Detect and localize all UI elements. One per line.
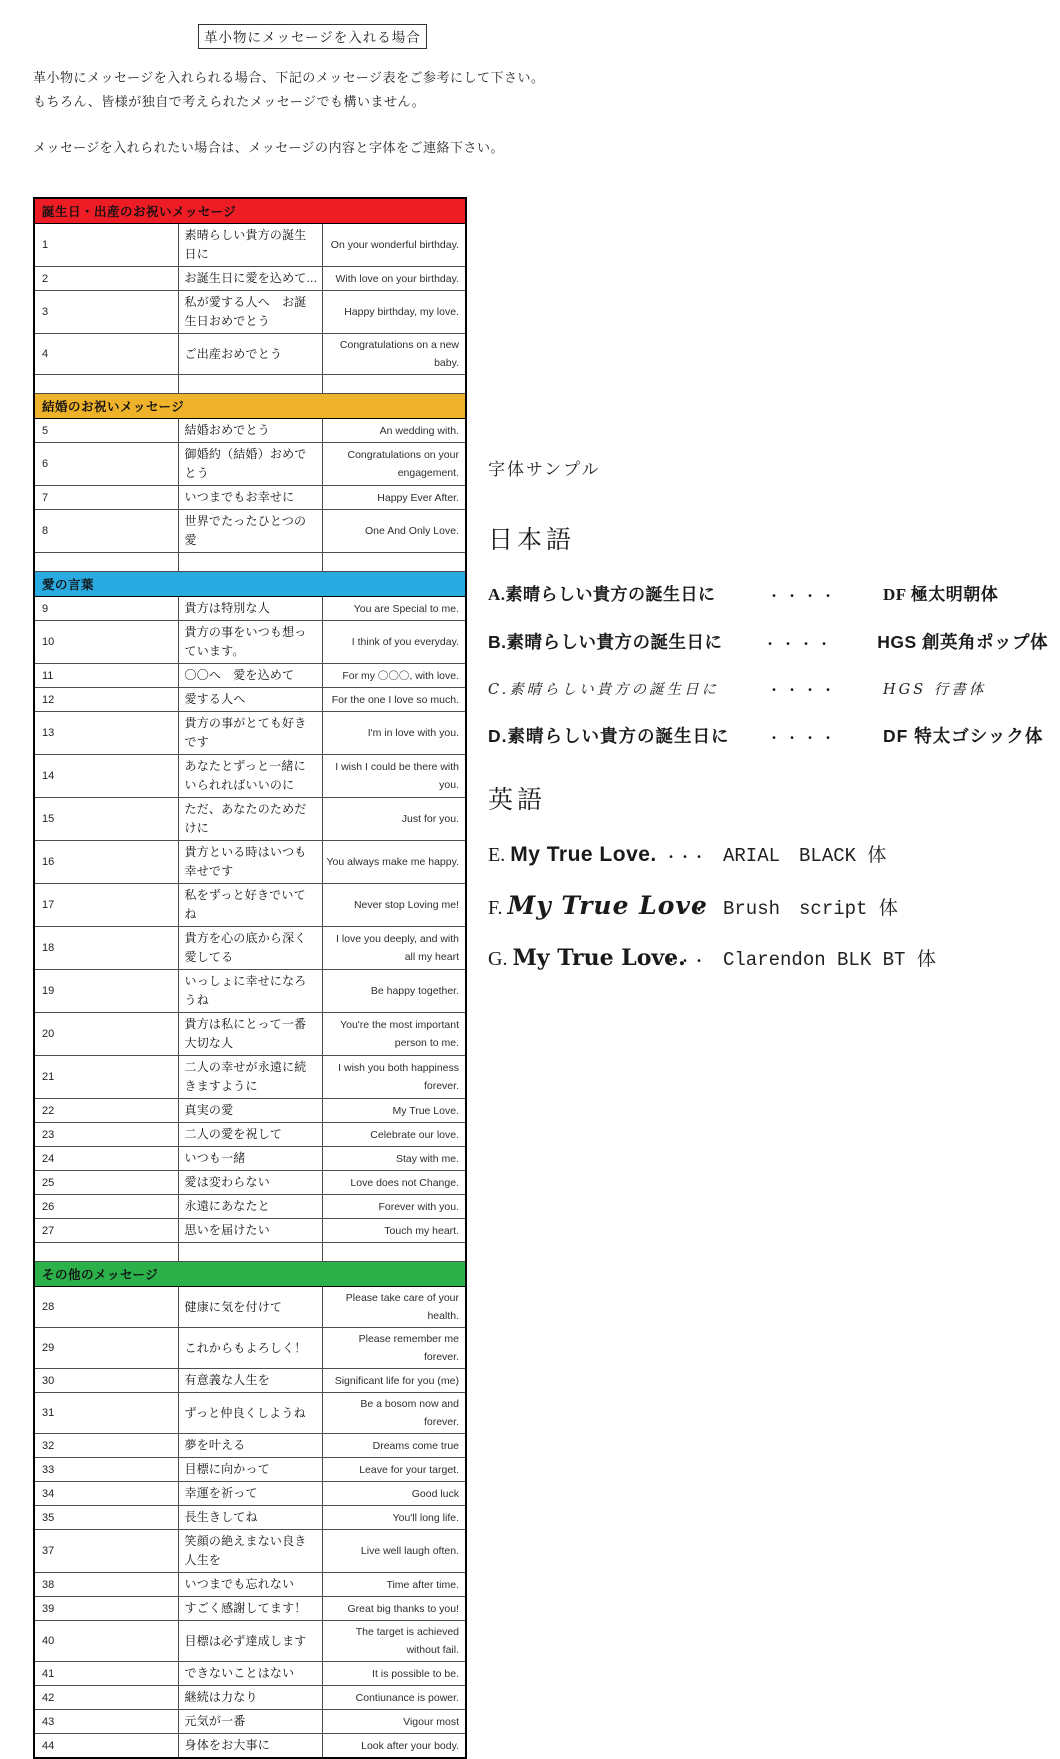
dots-separator: ・・・ bbox=[665, 901, 723, 918]
empty-cell bbox=[322, 553, 466, 572]
message-english: Forever with you. bbox=[322, 1195, 466, 1219]
message-japanese: 〇〇へ 愛を込めて bbox=[178, 664, 322, 688]
section-header-1: 誕生日・出産のお祝いメッセージ bbox=[34, 198, 466, 224]
message-japanese: 貴方の事をいつも想っています。 bbox=[178, 621, 322, 664]
empty-cell bbox=[34, 1243, 178, 1262]
message-japanese: 愛は変わらない bbox=[178, 1171, 322, 1195]
row-number: 15 bbox=[34, 798, 178, 841]
message-japanese: 愛する人へ bbox=[178, 688, 322, 712]
empty-row bbox=[34, 1243, 466, 1262]
message-japanese: 貴方といる時はいつも幸せです bbox=[178, 841, 322, 884]
message-japanese: 素晴らしい貴方の誕生日に bbox=[178, 224, 322, 267]
row-number: 21 bbox=[34, 1056, 178, 1099]
message-japanese: 御婚約（結婚）おめでとう bbox=[178, 443, 322, 486]
message-japanese: 有意義な人生を bbox=[178, 1369, 322, 1393]
table-row: 39すごく感謝してます！Great big thanks to you! bbox=[34, 1597, 466, 1621]
section-header-row: 愛の言葉 bbox=[34, 572, 466, 597]
row-number: 34 bbox=[34, 1482, 178, 1506]
row-number: 11 bbox=[34, 664, 178, 688]
table-row: 24いつも一緒Stay with me. bbox=[34, 1147, 466, 1171]
message-japanese: 私をずっと好きでいてね bbox=[178, 884, 322, 927]
message-english: Be happy together. bbox=[322, 970, 466, 1013]
table-row: 42継続は力なりContiunance is power. bbox=[34, 1686, 466, 1710]
message-japanese: すごく感謝してます！ bbox=[178, 1597, 322, 1621]
message-japanese: 私が愛する人へ お誕生日おめでとう bbox=[178, 291, 322, 334]
message-english: I think of you everyday. bbox=[322, 621, 466, 664]
font-sample-text: E. My True Love. bbox=[488, 843, 653, 867]
font-sample-text: F. My True Love bbox=[488, 891, 653, 920]
row-number: 38 bbox=[34, 1573, 178, 1597]
message-japanese: 永遠にあなたと bbox=[178, 1195, 322, 1219]
row-number: 16 bbox=[34, 841, 178, 884]
message-english: Please remember me forever. bbox=[322, 1328, 466, 1369]
message-english: You are Special to me. bbox=[322, 597, 466, 621]
message-english: Dreams come true bbox=[322, 1434, 466, 1458]
message-japanese: 目標に向かって bbox=[178, 1458, 322, 1482]
row-number: 12 bbox=[34, 688, 178, 712]
table-row: 29これからもよろしく！Please remember me forever. bbox=[34, 1328, 466, 1369]
row-number: 41 bbox=[34, 1662, 178, 1686]
dots-separator: ・・・・ bbox=[768, 729, 883, 746]
sample-phrase: My True Love. bbox=[510, 843, 657, 866]
dots-separator: ・・・・ bbox=[768, 681, 883, 698]
font-sample-row: B.素晴らしい貴方の誕生日に・・・・HGS 創英角ポップ体 bbox=[488, 629, 1048, 654]
message-english: Be a bosom now and forever. bbox=[322, 1393, 466, 1434]
table-row: 18貴方を心の底から深く愛してるI love you deeply, and w… bbox=[34, 927, 466, 970]
font-name-label: ARIAL BLACK 体 bbox=[723, 840, 886, 867]
font-sample-row: A.素晴らしい貴方の誕生日に・・・・DF 極太明朝体 bbox=[488, 580, 1048, 605]
row-number: 32 bbox=[34, 1434, 178, 1458]
message-english: I'm in love with you. bbox=[322, 712, 466, 755]
table-row: 37笑顔の絶えまない良き人生をLive well laugh often. bbox=[34, 1530, 466, 1573]
message-english: Celebrate our love. bbox=[322, 1123, 466, 1147]
message-japanese: いつも一緒 bbox=[178, 1147, 322, 1171]
message-english: With love on your birthday. bbox=[322, 267, 466, 291]
empty-cell bbox=[34, 375, 178, 394]
row-number: 10 bbox=[34, 621, 178, 664]
message-japanese: 世界でたったひとつの愛 bbox=[178, 510, 322, 553]
message-japanese: 健康に気を付けて bbox=[178, 1287, 322, 1328]
message-english: An wedding with. bbox=[322, 419, 466, 443]
message-english: You're the most important person to me. bbox=[322, 1013, 466, 1056]
intro-line-3: メッセージを入れられたい場合は、メッセージの内容と字体をご連絡下さい。 bbox=[33, 136, 544, 160]
table-row: 23二人の愛を祝してCelebrate our love. bbox=[34, 1123, 466, 1147]
row-number: 29 bbox=[34, 1328, 178, 1369]
row-number: 17 bbox=[34, 884, 178, 927]
font-sample-row: G. My True Love.・・・Clarendon BLK BT 体 bbox=[488, 944, 1048, 971]
table-row: 22真実の愛My True Love. bbox=[34, 1099, 466, 1123]
table-row: 25愛は変わらないLove does not Change. bbox=[34, 1171, 466, 1195]
font-name-label: DF 特太ゴシック体 bbox=[883, 723, 1043, 748]
font-sample-row: C.素晴らしい貴方の誕生日に・・・・HGS 行書体 bbox=[488, 678, 1048, 699]
message-japanese: 夢を叶える bbox=[178, 1434, 322, 1458]
sample-prefix: E. bbox=[488, 844, 510, 866]
table-row: 11〇〇へ 愛を込めてFor my 〇〇〇, with love. bbox=[34, 664, 466, 688]
japanese-heading: 日本語 bbox=[488, 520, 1048, 556]
message-english: Good luck bbox=[322, 1482, 466, 1506]
intro-line-1: 革小物にメッセージを入れられる場合、下記のメッセージ表をご参考にして下さい。 bbox=[33, 66, 544, 90]
table-row: 13貴方の事がとても好きですI'm in love with you. bbox=[34, 712, 466, 755]
section-header-2: 結婚のお祝いメッセージ bbox=[34, 394, 466, 419]
message-japanese: いつまでも忘れない bbox=[178, 1573, 322, 1597]
message-japanese: 思いを届けたい bbox=[178, 1219, 322, 1243]
table-row: 33目標に向かってLeave for your target. bbox=[34, 1458, 466, 1482]
table-row: 2お誕生日に愛を込めて...With love on your birthday… bbox=[34, 267, 466, 291]
font-sample-row: E. My True Love.・・・ARIAL BLACK 体 bbox=[488, 840, 1048, 867]
message-english: Never stop Loving me! bbox=[322, 884, 466, 927]
row-number: 30 bbox=[34, 1369, 178, 1393]
message-table: 誕生日・出産のお祝いメッセージ1素晴らしい貴方の誕生日にOn your wond… bbox=[33, 197, 467, 1759]
section-header-row: その他のメッセージ bbox=[34, 1262, 466, 1287]
page-title: 革小物にメッセージを入れる場合 bbox=[198, 24, 427, 49]
row-number: 27 bbox=[34, 1219, 178, 1243]
table-row: 19いっしょに幸せになろうねBe happy together. bbox=[34, 970, 466, 1013]
row-number: 9 bbox=[34, 597, 178, 621]
message-japanese: できないことはない bbox=[178, 1662, 322, 1686]
table-row: 32夢を叶えるDreams come true bbox=[34, 1434, 466, 1458]
row-number: 35 bbox=[34, 1506, 178, 1530]
message-japanese: 貴方を心の底から深く愛してる bbox=[178, 927, 322, 970]
font-sample-row: F. My True Love・・・Brush script 体 bbox=[488, 891, 1048, 920]
row-number: 28 bbox=[34, 1287, 178, 1328]
table-row: 27思いを届けたいTouch my heart. bbox=[34, 1219, 466, 1243]
message-english: On your wonderful birthday. bbox=[322, 224, 466, 267]
empty-row bbox=[34, 375, 466, 394]
sample-phrase: My True Love. bbox=[512, 945, 685, 971]
row-number: 25 bbox=[34, 1171, 178, 1195]
row-number: 8 bbox=[34, 510, 178, 553]
message-japanese: 元気が一番 bbox=[178, 1710, 322, 1734]
message-english: Please take care of your health. bbox=[322, 1287, 466, 1328]
font-sample-text: A.素晴らしい貴方の誕生日に bbox=[488, 580, 738, 605]
message-japanese: ご出産おめでとう bbox=[178, 334, 322, 375]
message-english: Vigour most bbox=[322, 1710, 466, 1734]
empty-cell bbox=[178, 1243, 322, 1262]
message-english: Look after your body. bbox=[322, 1734, 466, 1759]
table-row: 26永遠にあなたとForever with you. bbox=[34, 1195, 466, 1219]
message-english: For my 〇〇〇, with love. bbox=[322, 664, 466, 688]
table-row: 1素晴らしい貴方の誕生日にOn your wonderful birthday. bbox=[34, 224, 466, 267]
row-number: 24 bbox=[34, 1147, 178, 1171]
section-header-4: その他のメッセージ bbox=[34, 1262, 466, 1287]
message-english: Congratulations on a new baby. bbox=[322, 334, 466, 375]
english-heading: 英語 bbox=[488, 780, 1048, 816]
intro-line-2: もちろん、皆様が独自で考えられたメッセージでも構いません。 bbox=[33, 90, 544, 114]
row-number: 14 bbox=[34, 755, 178, 798]
message-english: Time after time. bbox=[322, 1573, 466, 1597]
row-number: 31 bbox=[34, 1393, 178, 1434]
message-english: Happy birthday, my love. bbox=[322, 291, 466, 334]
table-row: 43元気が一番Vigour most bbox=[34, 1710, 466, 1734]
row-number: 20 bbox=[34, 1013, 178, 1056]
message-english: You always make me happy. bbox=[322, 841, 466, 884]
row-number: 37 bbox=[34, 1530, 178, 1573]
message-english: Love does not Change. bbox=[322, 1171, 466, 1195]
empty-cell bbox=[178, 375, 322, 394]
message-english: Just for you. bbox=[322, 798, 466, 841]
row-number: 3 bbox=[34, 291, 178, 334]
row-number: 26 bbox=[34, 1195, 178, 1219]
message-english: You'll long life. bbox=[322, 1506, 466, 1530]
empty-cell bbox=[178, 553, 322, 572]
font-name-label: HGS 創英角ポップ体 bbox=[877, 629, 1048, 654]
table-row: 15ただ、あなたのためだけにJust for you. bbox=[34, 798, 466, 841]
row-number: 6 bbox=[34, 443, 178, 486]
row-number: 33 bbox=[34, 1458, 178, 1482]
table-row: 6御婚約（結婚）おめでとうCongratulations on your eng… bbox=[34, 443, 466, 486]
table-row: 5結婚おめでとうAn wedding with. bbox=[34, 419, 466, 443]
message-english: It is possible to be. bbox=[322, 1662, 466, 1686]
message-japanese: 二人の愛を祝して bbox=[178, 1123, 322, 1147]
row-number: 39 bbox=[34, 1597, 178, 1621]
row-number: 42 bbox=[34, 1686, 178, 1710]
empty-cell bbox=[322, 1243, 466, 1262]
empty-row bbox=[34, 553, 466, 572]
message-japanese: あなたとずっと一緒にいられればいいのに bbox=[178, 755, 322, 798]
table-row: 9貴方は特別な人You are Special to me. bbox=[34, 597, 466, 621]
font-samples-panel: 字体サンプル 日本語 A.素晴らしい貴方の誕生日に・・・・DF 極太明朝体B.素… bbox=[488, 455, 1048, 971]
dots-separator: ・・・ bbox=[665, 848, 723, 865]
message-japanese: 真実の愛 bbox=[178, 1099, 322, 1123]
font-sample-text: C.素晴らしい貴方の誕生日に bbox=[488, 678, 738, 699]
row-number: 4 bbox=[34, 334, 178, 375]
table-row: 35長生きしてねYou'll long life. bbox=[34, 1506, 466, 1530]
table-row: 10貴方の事をいつも想っています。I think of you everyday… bbox=[34, 621, 466, 664]
message-japanese: 二人の幸せが永遠に続きますように bbox=[178, 1056, 322, 1099]
table-row: 44身体をお大事にLook after your body. bbox=[34, 1734, 466, 1759]
message-english: Stay with me. bbox=[322, 1147, 466, 1171]
font-name-label: Clarendon BLK BT 体 bbox=[723, 944, 936, 971]
message-english: I wish I could be there with you. bbox=[322, 755, 466, 798]
table-row: 31ずっと仲良くしようねBe a bosom now and forever. bbox=[34, 1393, 466, 1434]
sample-prefix: G. bbox=[488, 948, 512, 970]
row-number: 22 bbox=[34, 1099, 178, 1123]
row-number: 1 bbox=[34, 224, 178, 267]
row-number: 44 bbox=[34, 1734, 178, 1759]
row-number: 7 bbox=[34, 486, 178, 510]
font-sample-text: G. My True Love. bbox=[488, 945, 653, 971]
message-english: Happy Ever After. bbox=[322, 486, 466, 510]
table-row: 17私をずっと好きでいてねNever stop Loving me! bbox=[34, 884, 466, 927]
row-number: 18 bbox=[34, 927, 178, 970]
row-number: 5 bbox=[34, 419, 178, 443]
empty-cell bbox=[34, 553, 178, 572]
message-english: Live well laugh often. bbox=[322, 1530, 466, 1573]
font-name-label: Brush script 体 bbox=[723, 893, 898, 920]
section-header-row: 結婚のお祝いメッセージ bbox=[34, 394, 466, 419]
row-number: 43 bbox=[34, 1710, 178, 1734]
row-number: 19 bbox=[34, 970, 178, 1013]
message-japanese: 笑顔の絶えまない良き人生を bbox=[178, 1530, 322, 1573]
message-english: Significant life for you (me) bbox=[322, 1369, 466, 1393]
message-japanese: 継続は力なり bbox=[178, 1686, 322, 1710]
row-number: 13 bbox=[34, 712, 178, 755]
font-sample-text: B.素晴らしい貴方の誕生日に bbox=[488, 629, 734, 654]
dots-separator: ・・・・ bbox=[768, 587, 883, 604]
dots-separator: ・・・ bbox=[665, 952, 723, 969]
section-header-3: 愛の言葉 bbox=[34, 572, 466, 597]
message-japanese: 結婚おめでとう bbox=[178, 419, 322, 443]
message-japanese: お誕生日に愛を込めて... bbox=[178, 267, 322, 291]
table-row: 8世界でたったひとつの愛One And Only Love. bbox=[34, 510, 466, 553]
table-row: 20貴方は私にとって一番大切な人You're the most importan… bbox=[34, 1013, 466, 1056]
table-row: 14あなたとずっと一緒にいられればいいのにI wish I could be t… bbox=[34, 755, 466, 798]
message-english: My True Love. bbox=[322, 1099, 466, 1123]
table-row: 21二人の幸せが永遠に続きますようにI wish you both happin… bbox=[34, 1056, 466, 1099]
row-number: 40 bbox=[34, 1621, 178, 1662]
message-japanese: 目標は必ず達成します bbox=[178, 1621, 322, 1662]
table-row: 12愛する人へFor the one I love so much. bbox=[34, 688, 466, 712]
message-english: Touch my heart. bbox=[322, 1219, 466, 1243]
intro-text: 革小物にメッセージを入れられる場合、下記のメッセージ表をご参考にして下さい。 も… bbox=[33, 66, 544, 160]
message-japanese: 貴方は特別な人 bbox=[178, 597, 322, 621]
font-samples-title: 字体サンプル bbox=[488, 455, 1048, 480]
font-name-label: DF 極太明朝体 bbox=[883, 580, 998, 605]
message-english: The target is achieved without fail. bbox=[322, 1621, 466, 1662]
sample-prefix: F. bbox=[488, 897, 508, 919]
message-japanese: ずっと仲良くしようね bbox=[178, 1393, 322, 1434]
table-row: 41できないことはないIt is possible to be. bbox=[34, 1662, 466, 1686]
message-english: One And Only Love. bbox=[322, 510, 466, 553]
message-english: Great big thanks to you! bbox=[322, 1597, 466, 1621]
table-row: 3私が愛する人へ お誕生日おめでとうHappy birthday, my lov… bbox=[34, 291, 466, 334]
message-english: I love you deeply, and with all my heart bbox=[322, 927, 466, 970]
empty-cell bbox=[322, 375, 466, 394]
message-japanese: 貴方の事がとても好きです bbox=[178, 712, 322, 755]
message-english: I wish you both happiness forever. bbox=[322, 1056, 466, 1099]
table-row: 7いつまでもお幸せにHappy Ever After. bbox=[34, 486, 466, 510]
message-japanese: ただ、あなたのためだけに bbox=[178, 798, 322, 841]
row-number: 2 bbox=[34, 267, 178, 291]
font-sample-text: D.素晴らしい貴方の誕生日に bbox=[488, 723, 738, 748]
message-japanese: 貴方は私にとって一番大切な人 bbox=[178, 1013, 322, 1056]
table-row: 4ご出産おめでとうCongratulations on a new baby. bbox=[34, 334, 466, 375]
table-row: 30有意義な人生をSignificant life for you (me) bbox=[34, 1369, 466, 1393]
table-row: 40目標は必ず達成しますThe target is achieved witho… bbox=[34, 1621, 466, 1662]
font-sample-row: D.素晴らしい貴方の誕生日に・・・・DF 特太ゴシック体 bbox=[488, 723, 1048, 748]
message-english: Leave for your target. bbox=[322, 1458, 466, 1482]
message-japanese: これからもよろしく！ bbox=[178, 1328, 322, 1369]
message-english: Contiunance is power. bbox=[322, 1686, 466, 1710]
dots-separator: ・・・・ bbox=[764, 635, 877, 652]
table-row: 38いつまでも忘れないTime after time. bbox=[34, 1573, 466, 1597]
font-name-label: HGS 行書体 bbox=[883, 678, 986, 699]
message-english: Congratulations on your engagement. bbox=[322, 443, 466, 486]
table-row: 34幸運を祈ってGood luck bbox=[34, 1482, 466, 1506]
table-row: 16貴方といる時はいつも幸せですYou always make me happy… bbox=[34, 841, 466, 884]
message-japanese: 幸運を祈って bbox=[178, 1482, 322, 1506]
message-japanese: 長生きしてね bbox=[178, 1506, 322, 1530]
message-japanese: 身体をお大事に bbox=[178, 1734, 322, 1759]
message-japanese: いっしょに幸せになろうね bbox=[178, 970, 322, 1013]
message-english: For the one I love so much. bbox=[322, 688, 466, 712]
section-header-row: 誕生日・出産のお祝いメッセージ bbox=[34, 198, 466, 224]
message-japanese: いつまでもお幸せに bbox=[178, 486, 322, 510]
table-row: 28健康に気を付けてPlease take care of your healt… bbox=[34, 1287, 466, 1328]
row-number: 23 bbox=[34, 1123, 178, 1147]
